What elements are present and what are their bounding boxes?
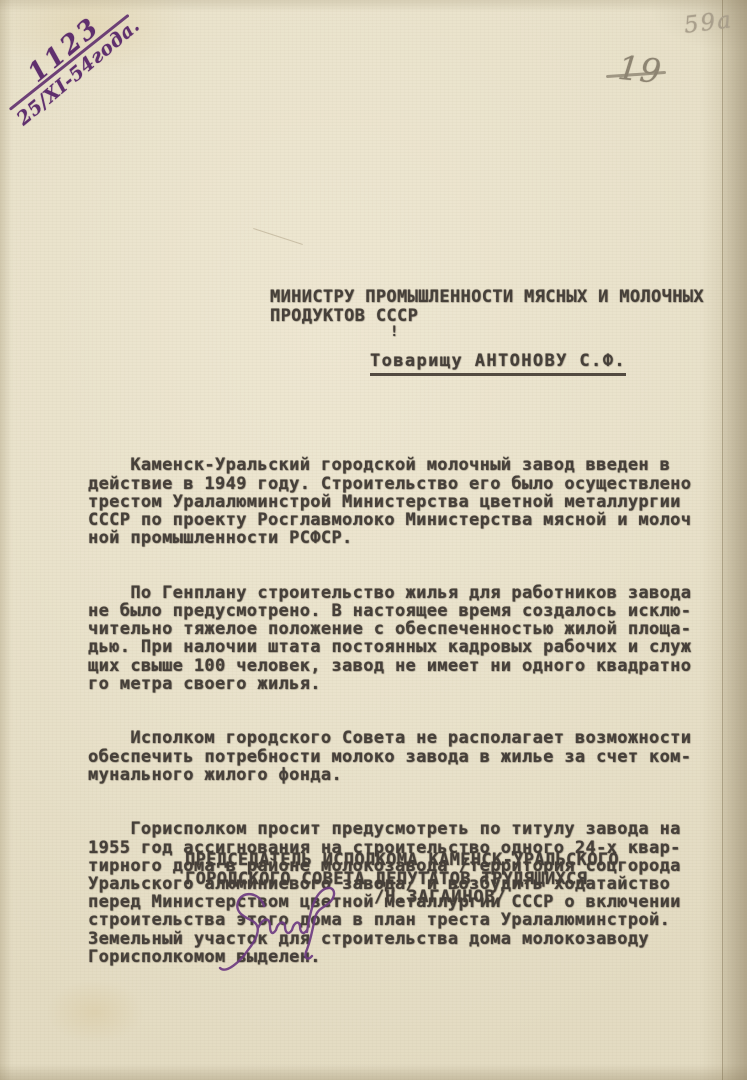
stray-typed-mark: ! xyxy=(390,324,399,340)
recipient-block: МИНИСТРУ ПРОМЫШЛЕННОСТИ МЯСНЫХ И МОЛОЧНЫ… xyxy=(270,288,704,326)
paper-crease xyxy=(253,228,303,245)
body-paragraph-1: Каменск-Уральский городской молочный зав… xyxy=(88,456,691,547)
scanned-letter-page: 1123 25/XI-54года. 59а 19 МИНИСТРУ ПРОМЫ… xyxy=(0,0,747,1080)
body-paragraph-2: По Генплану строительство жилья для рабо… xyxy=(88,584,691,693)
registry-annotation: 1123 25/XI-54года. xyxy=(0,0,144,130)
letter-body: Каменск-Уральский городской молочный зав… xyxy=(88,420,691,1003)
signer-name: /Н.ЗАГАЙНОВ/ xyxy=(374,887,506,907)
salutation-line: Товарищу АНТОНОВУ С.Ф. xyxy=(370,351,626,376)
handwritten-signature xyxy=(212,876,362,981)
body-paragraph-3: Исполком городского Совета не располагае… xyxy=(88,729,691,784)
crossed-out-number: 19 xyxy=(616,48,664,91)
paper-right-edge xyxy=(723,0,747,1080)
